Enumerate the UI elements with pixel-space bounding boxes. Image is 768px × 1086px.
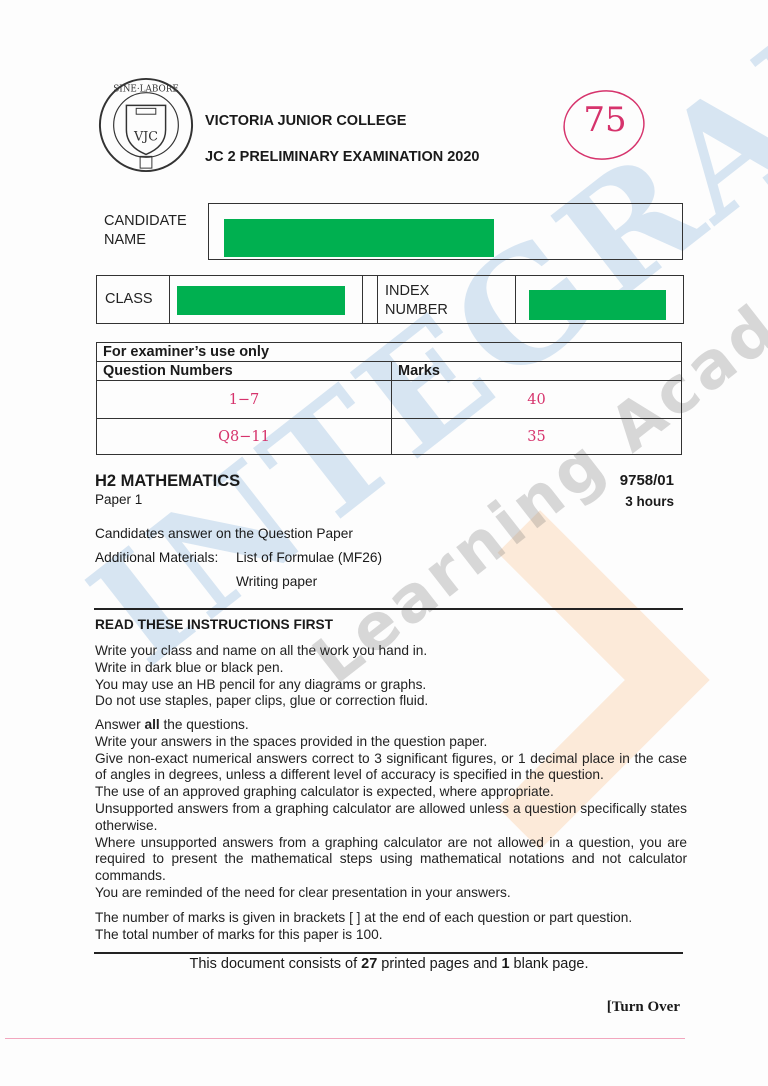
college-name: VICTORIA JUNIOR COLLEGE <box>205 113 406 129</box>
question-range: 1−7 <box>97 381 392 419</box>
examiner-title: For examiner’s use only <box>97 343 682 362</box>
scan-line <box>5 1038 685 1039</box>
instructions-group-1: Write your class and name on all the wor… <box>95 643 687 710</box>
candidate-name-field[interactable] <box>208 203 683 260</box>
page-count-note: This document consists of 27 printed pag… <box>0 956 768 972</box>
marks-value: 40 <box>392 381 682 419</box>
divider <box>94 608 683 610</box>
college-crest-icon: VJC SINE·LABORE <box>97 76 195 174</box>
material-item: Writing paper <box>236 574 317 589</box>
table-row: Q8−11 35 <box>97 419 682 455</box>
candidate-name-label: CANDIDATE NAME <box>104 212 187 250</box>
divider <box>94 952 683 954</box>
col-question-numbers: Question Numbers <box>97 362 392 381</box>
materials-label: Additional Materials: <box>95 550 218 565</box>
turn-over: [Turn Over <box>607 999 680 1016</box>
answer-on: Candidates answer on the Question Paper <box>95 526 353 541</box>
instructions-group-3: The number of marks is given in brackets… <box>95 910 687 944</box>
examiner-table: For examiner’s use only Question Numbers… <box>96 342 682 455</box>
instructions-heading: READ THESE INSTRUCTIONS FIRST <box>95 617 333 632</box>
instructions-group-2: Answer all the questions. Write your ans… <box>95 717 687 902</box>
svg-text:VJC: VJC <box>133 130 158 145</box>
table-row: 1−7 40 <box>97 381 682 419</box>
col-marks: Marks <box>392 362 682 381</box>
class-field[interactable] <box>177 286 345 315</box>
svg-text:SINE·LABORE: SINE·LABORE <box>113 85 179 95</box>
paper-code: 9758/01 <box>620 472 674 489</box>
material-item: List of Formulae (MF26) <box>236 550 382 565</box>
redacted-name <box>224 219 494 257</box>
index-number-field[interactable] <box>529 290 666 320</box>
paper-number: Paper 1 <box>95 492 142 507</box>
duration: 3 hours <box>625 494 674 509</box>
total-score: 75 <box>575 100 635 140</box>
question-range: Q8−11 <box>97 419 392 455</box>
class-index-row: CLASS INDEX NUMBER <box>96 275 684 324</box>
marks-value: 35 <box>392 419 682 455</box>
index-number-label: INDEX NUMBER <box>385 282 448 320</box>
class-label: CLASS <box>105 290 153 309</box>
subject-title: H2 MATHEMATICS <box>95 472 240 491</box>
exam-title: JC 2 PRELIMINARY EXAMINATION 2020 <box>205 149 480 165</box>
